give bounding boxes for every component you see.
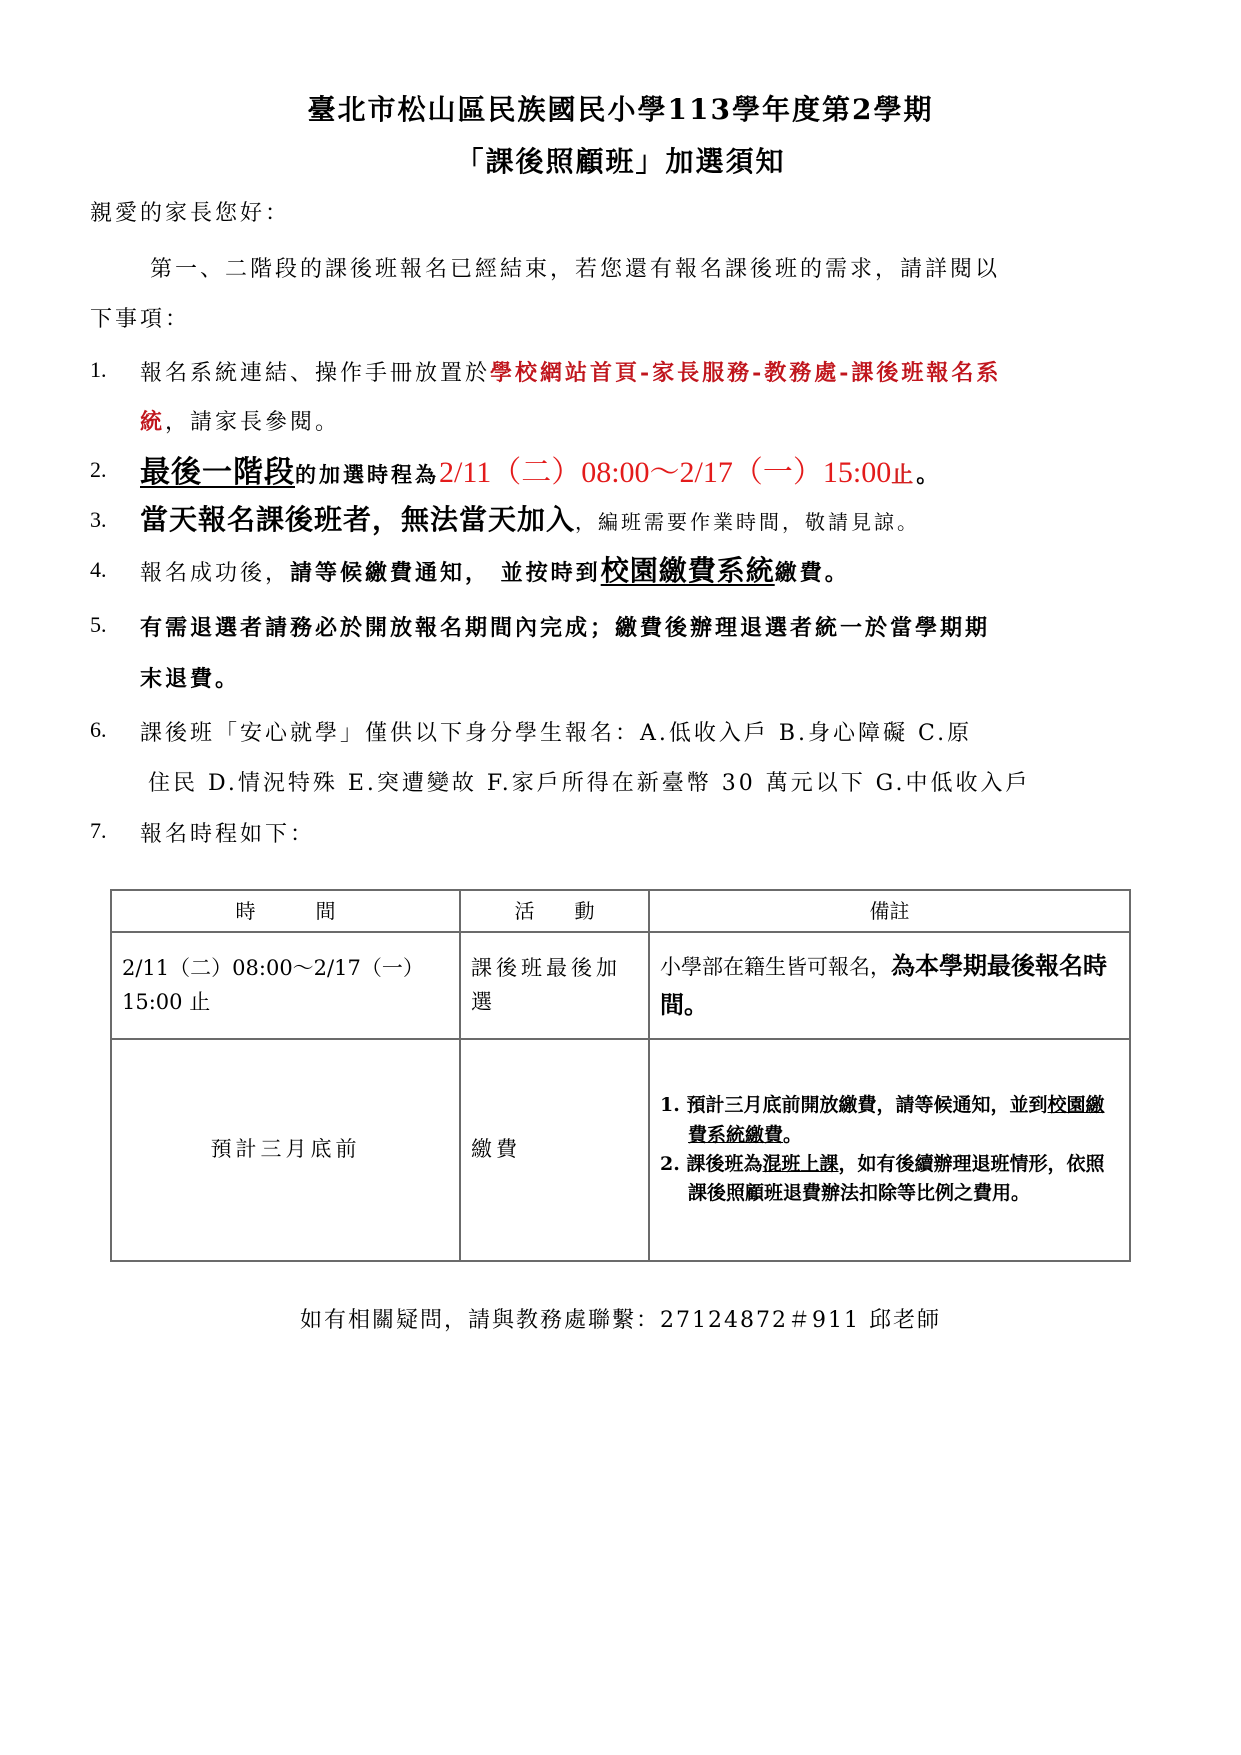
item-2-text: 的加選時程為	[295, 462, 439, 487]
table-row: 預計三月底前 繳費 1. 預計三月底前開放繳費，請等候通知，並到校園繳費系統繳費…	[111, 1039, 1130, 1261]
payment-note-2: 2. 課後班為混班上課，如有後續辦理退班情形，依照課後照顧班退費辦法扣除等比例之…	[660, 1150, 1119, 1209]
schedule-time: 2/11（二）08:00～2/17（一）15:00	[439, 456, 891, 489]
row-2-time: 預計三月底前	[111, 1039, 460, 1261]
row-1-activity: 課後班最後加選	[460, 932, 649, 1039]
row-2-activity: 繳費	[460, 1039, 649, 1261]
item-1-line-2: 統，請家長參閱。	[140, 405, 340, 436]
item-5-line-1: 有需退選者請務必於開放報名期間內完成；繳費後辦理退選者統一於當學期期	[140, 611, 990, 642]
item-1-text-end: ，請家長參閱。	[165, 410, 340, 435]
row-1-note: 小學部在籍生皆可報名，為本學期最後報名時間。	[649, 932, 1130, 1039]
item-number-3: 3.	[90, 507, 107, 533]
schedule-end: 止	[891, 462, 916, 488]
schedule-table: 時 間 活 動 備註 2/11（二）08:00～2/17（一）15:00 止 課…	[110, 889, 1131, 1262]
payment-notes-list: 1. 預計三月底前開放繳費，請等候通知，並到校園繳費系統繳費。 2. 課後班為混…	[660, 1091, 1119, 1209]
item-number-1: 1.	[90, 357, 107, 383]
item-7: 報名時程如下：	[140, 817, 315, 848]
item-4-bold-a: 請等候繳費通知， 並按時到	[290, 560, 601, 586]
document-title: 臺北市松山區民族國民小學113學年度第2學期	[0, 88, 1241, 128]
website-path-link-cont[interactable]: 統	[140, 409, 165, 435]
website-path-link[interactable]: 學校網站首頁-家長服務-教務處-課後班報名系	[490, 360, 1001, 386]
item-number-4: 4.	[90, 557, 107, 583]
row-1-note-plain: 小學部在籍生皆可報名，	[660, 955, 891, 979]
greeting: 親愛的家長您好：	[90, 196, 290, 227]
intro-line-2: 下事項：	[90, 302, 190, 333]
item-6-line-2: 住民 D.情況特殊 E.突遭變故 F.家戶所得在新臺幣 30 萬元以下 G.中低…	[148, 766, 1030, 797]
document-subtitle: 「課後照顧班」加選須知	[0, 140, 1241, 180]
item-number-6: 6.	[90, 717, 107, 743]
payment-system-link[interactable]: 校園繳費系統	[601, 554, 775, 587]
note-2-text: 課後班為	[687, 1153, 763, 1175]
item-5-line-2: 末退費。	[140, 662, 240, 693]
contact-footer: 如有相關疑問，請與教務處聯繫：27124872＃911 邱老師	[0, 1303, 1241, 1334]
note-1-end: 。	[783, 1124, 802, 1146]
final-stage-emphasis: 最後一階段	[140, 455, 295, 490]
note-1-number: 1.	[660, 1094, 680, 1116]
item-6-line-1: 課後班「安心就學」僅供以下身分學生報名：A.低收入戶 B.身心障礙 C.原	[140, 716, 972, 747]
item-number-2: 2.	[90, 457, 107, 483]
row-1-time: 2/11（二）08:00～2/17（一）15:00 止	[111, 932, 460, 1039]
item-3-text: ，編班需要作業時間，敬請見諒。	[575, 510, 920, 534]
note-2-number: 2.	[660, 1153, 680, 1175]
header-note: 備註	[649, 890, 1130, 932]
note-1-text: 預計三月底前開放繳費，請等候通知，並到	[687, 1094, 1048, 1116]
intro-line-1: 第一、二階段的課後班報名已經結束，若您還有報名課後班的需求，請詳閱以	[150, 252, 1000, 283]
item-1-text: 報名系統連結、操作手冊放置於	[140, 361, 490, 386]
item-number-7: 7.	[90, 818, 107, 844]
table-row: 2/11（二）08:00～2/17（一）15:00 止 課後班最後加選 小學部在…	[111, 932, 1130, 1039]
item-3: 當天報名課後班者，無法當天加入，編班需要作業時間，敬請見諒。	[140, 498, 920, 538]
table-header-row: 時 間 活 動 備註	[111, 890, 1130, 932]
item-4-text: 報名成功後，	[140, 561, 290, 586]
header-time: 時 間	[111, 890, 460, 932]
payment-note-1: 1. 預計三月底前開放繳費，請等候通知，並到校園繳費系統繳費。	[660, 1091, 1119, 1150]
row-2-note: 1. 預計三月底前開放繳費，請等候通知，並到校園繳費系統繳費。 2. 課後班為混…	[649, 1039, 1130, 1261]
item-2-period: 。	[916, 462, 941, 488]
same-day-notice: 當天報名課後班者，無法當天加入	[140, 503, 575, 536]
item-4: 報名成功後，請等候繳費通知， 並按時到校園繳費系統繳費。	[140, 549, 850, 589]
note-2-underlined: 混班上課	[763, 1153, 839, 1175]
item-1-line-1: 報名系統連結、操作手冊放置於學校網站首頁-家長服務-教務處-課後班報名系	[140, 356, 1001, 387]
item-number-5: 5.	[90, 612, 107, 638]
header-activity: 活 動	[460, 890, 649, 932]
item-4-bold-b: 繳費。	[775, 560, 850, 586]
item-2: 最後一階段的加選時程為2/11（二）08:00～2/17（一）15:00止。	[140, 447, 941, 491]
